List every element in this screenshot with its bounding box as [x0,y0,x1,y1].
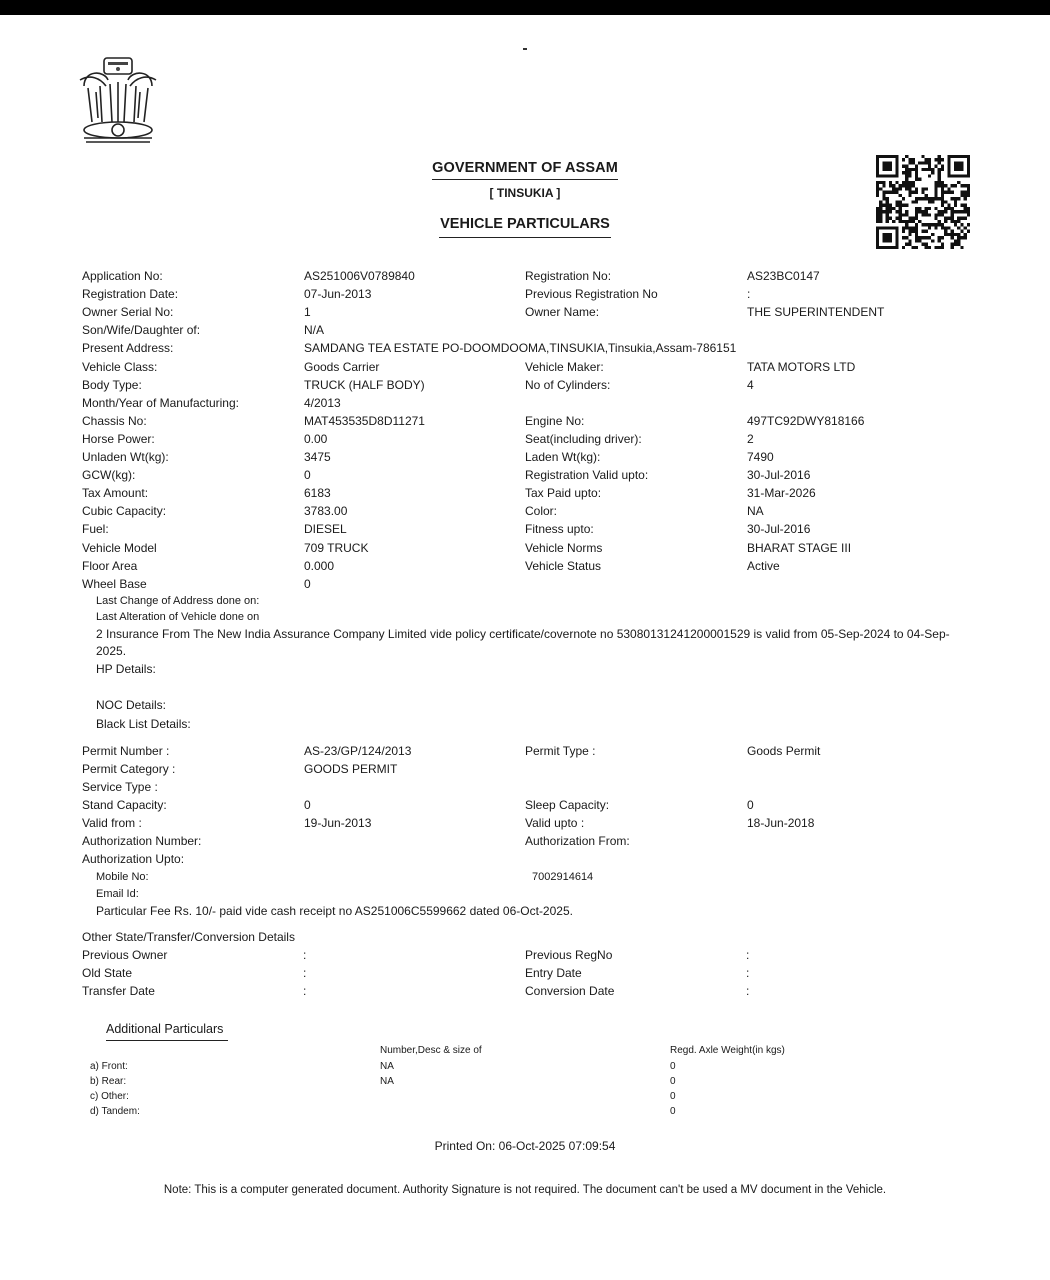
field-label: Tax Amount: [82,485,148,501]
field-value: DIESEL [304,521,347,537]
transfer-label: Previous Owner [82,947,167,963]
transfer-label: Transfer Date [82,983,155,999]
field-value: NA [747,503,764,519]
field-value: THE SUPERINTENDENT [747,304,884,320]
axle-row-weight: 0 [670,1104,676,1120]
field-label: Owner Serial No: [82,304,173,320]
field-label: Owner Name: [525,304,599,320]
field-value: 30-Jul-2016 [747,467,810,483]
permit-value: Goods Permit [747,743,820,759]
transfer-value: : [303,983,306,999]
field-value: 0 [304,467,311,483]
axle-row-label: b) Rear: [90,1074,126,1090]
axle-row-label: a) Front: [90,1059,128,1075]
permit-value: 0 [747,797,754,813]
transfer-section-title: Other State/Transfer/Conversion Details [82,929,295,945]
transfer-label: Conversion Date [525,983,614,999]
permit-value: 18-Jun-2018 [747,815,814,831]
field-value: 07-Jun-2013 [304,286,371,302]
government-title: GOVERNMENT OF ASSAM [0,160,1050,180]
state-emblem-icon [70,52,166,148]
field-label: Previous Registration No [525,286,658,302]
transfer-value: : [303,965,306,981]
field-value: SAMDANG TEA ESTATE PO-DOOMDOOMA,TINSUKIA… [304,340,736,356]
field-value: TATA MOTORS LTD [747,359,855,375]
field-label: Unladen Wt(kg): [82,449,169,465]
field-label: No of Cylinders: [525,377,610,393]
permit-label: Stand Capacity: [82,797,167,813]
field-label: Vehicle Model [82,540,157,556]
axle-row-desc: NA [380,1074,394,1090]
field-value: Active [747,558,780,574]
field-value: 0.00 [304,431,327,447]
hp-details: HP Details: [96,661,156,677]
field-value: 0 [304,576,311,592]
permit-label: Permit Number : [82,743,169,759]
field-value: 3475 [304,449,331,465]
field-value: 1 [304,304,311,320]
axle-desc-header: Number,Desc & size of [380,1043,482,1059]
permit-value: 0 [304,797,311,813]
field-value: AS251006V0789840 [304,268,415,284]
field-value: 709 TRUCK [304,540,368,556]
district-name: [ TINSUKIA ] [0,186,1050,200]
field-label: Laden Wt(kg): [525,449,600,465]
axle-row-weight: 0 [670,1074,676,1090]
field-value: AS23BC0147 [747,268,820,284]
field-value: 6183 [304,485,331,501]
field-label: GCW(kg): [82,467,135,483]
field-value: 30-Jul-2016 [747,521,810,537]
field-value: 497TC92DWY818166 [747,413,864,429]
field-value: BHARAT STAGE III [747,540,851,556]
axle-row-label: d) Tandem: [90,1104,140,1120]
document-title: VEHICLE PARTICULARS [0,216,1050,238]
transfer-value: : [746,983,749,999]
field-label: Body Type: [82,377,142,393]
printed-on: Printed On: 06-Oct-2025 07:09:54 [0,1139,1050,1153]
page-mark [523,48,527,50]
field-label: Vehicle Class: [82,359,157,375]
field-label: Tax Paid upto: [525,485,601,501]
permit-label: Permit Category : [82,761,175,777]
email-label: Email Id: [96,886,139,902]
axle-row-weight: 0 [670,1059,676,1075]
field-label: Engine No: [525,413,584,429]
permit-label: Authorization Number: [82,833,201,849]
field-label: Registration Valid upto: [525,467,648,483]
additional-particulars-title: Additional Particulars [106,1022,228,1041]
field-label: Month/Year of Manufacturing: [82,395,239,411]
field-value: 7490 [747,449,774,465]
field-label: Cubic Capacity: [82,503,166,519]
permit-label: Authorization From: [525,833,630,849]
field-label: Registration Date: [82,286,178,302]
insurance-details-cont: 2025. [96,643,126,659]
field-value: MAT453535D8D11271 [304,413,425,429]
field-value: 3783.00 [304,503,347,519]
field-label: Present Address: [82,340,173,356]
transfer-value: : [303,947,306,963]
permit-value: GOODS PERMIT [304,761,397,777]
last-change-address: Last Change of Address done on: [96,593,259,609]
permit-label: Service Type : [82,779,158,795]
field-value: 4/2013 [304,395,341,411]
fee-receipt-line: Particular Fee Rs. 10/- paid vide cash r… [96,903,573,919]
field-value: 0.000 [304,558,334,574]
permit-label: Permit Type : [525,743,595,759]
axle-row-desc: NA [380,1059,394,1075]
field-label: Wheel Base [82,576,147,592]
permit-label: Sleep Capacity: [525,797,609,813]
transfer-label: Previous RegNo [525,947,612,963]
field-value: 31-Mar-2026 [747,485,816,501]
field-label: Seat(including driver): [525,431,642,447]
blacklist-details: Black List Details: [96,716,191,732]
field-label: Fuel: [82,521,109,537]
field-value: 4 [747,377,754,393]
field-value: : [747,286,750,302]
transfer-value: : [746,965,749,981]
field-label: Vehicle Norms [525,540,602,556]
field-label: Color: [525,503,557,519]
permit-value: 19-Jun-2013 [304,815,371,831]
field-label: Horse Power: [82,431,155,447]
field-label: Son/Wife/Daughter of: [82,322,200,338]
field-label: Vehicle Status [525,558,601,574]
axle-weight-header: Regd. Axle Weight(in kgs) [670,1043,785,1059]
field-value: TRUCK (HALF BODY) [304,377,425,393]
field-label: Floor Area [82,558,137,574]
field-label: Fitness upto: [525,521,594,537]
field-label: Chassis No: [82,413,147,429]
permit-label: Valid upto : [525,815,584,831]
transfer-label: Old State [82,965,132,981]
transfer-label: Entry Date [525,965,582,981]
top-black-bar [0,0,1050,15]
permit-label: Authorization Upto: [82,851,184,867]
field-value: 2 [747,431,754,447]
permit-value: AS-23/GP/124/2013 [304,743,411,759]
field-value: Goods Carrier [304,359,379,375]
field-label: Application No: [82,268,163,284]
field-label: Registration No: [525,268,611,284]
insurance-details: 2 Insurance From The New India Assurance… [96,626,950,642]
axle-row-label: c) Other: [90,1089,129,1105]
transfer-value: : [746,947,749,963]
field-value: N/A [304,322,324,338]
mobile-label: Mobile No: [96,869,149,885]
axle-row-weight: 0 [670,1089,676,1105]
noc-details: NOC Details: [96,697,166,713]
field-label: Vehicle Maker: [525,359,604,375]
mobile-value: 7002914614 [532,869,593,885]
last-alteration: Last Alteration of Vehicle done on [96,609,259,625]
permit-label: Valid from : [82,815,142,831]
footer-note: Note: This is a computer generated docum… [0,1184,1050,1196]
